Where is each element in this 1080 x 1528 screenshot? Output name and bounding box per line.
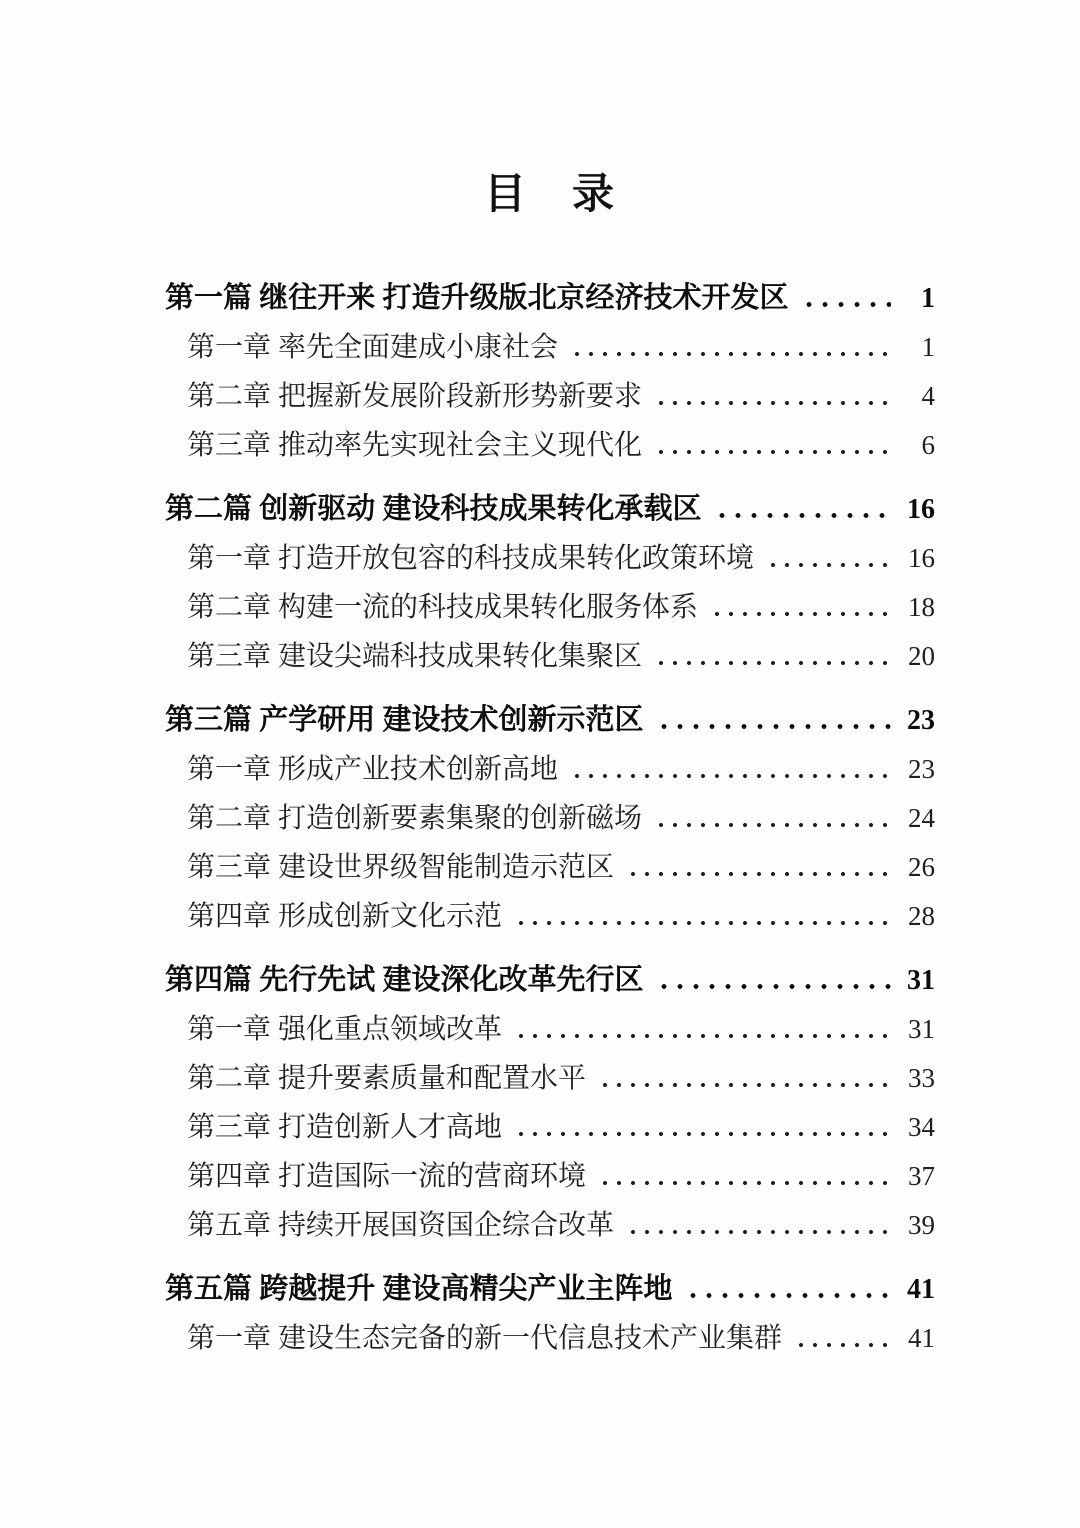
toc-entry-label: 第三章 建设尖端科技成果转化集聚区 [187, 632, 642, 681]
toc-section-entry: 第三篇 产学研用 建设技术创新示范区 23 [165, 696, 935, 745]
toc-entry-label: 第二篇 创新驱动 建设科技成果转化承载区 [165, 485, 702, 534]
toc-entry-label: 第三章 建设世界级智能制造示范区 [187, 843, 614, 892]
toc-entry-page: 41 [901, 1265, 935, 1314]
toc-entry-page: 1 [901, 274, 935, 323]
toc-entry-page: 31 [901, 956, 935, 1005]
toc-chapter-entry: 第三章 建设世界级智能制造示范区 26 [165, 843, 935, 892]
toc-entry-page: 23 [901, 696, 935, 745]
dot-leader [656, 724, 891, 729]
dot-leader [794, 1343, 891, 1347]
toc-chapter-entry: 第一章 形成产业技术创新高地 23 [165, 745, 935, 794]
dot-leader [654, 450, 891, 454]
toc-entry-label: 第三章 推动率先实现社会主义现代化 [187, 421, 642, 470]
toc-entry-page: 20 [901, 632, 935, 681]
toc-entry-page: 18 [901, 583, 935, 632]
toc-entry-label: 第四章 打造国际一流的营商环境 [187, 1152, 586, 1201]
toc-entry-page: 26 [901, 843, 935, 892]
toc-chapter-entry: 第三章 推动率先实现社会主义现代化 6 [165, 421, 935, 470]
toc-entry-page: 24 [901, 794, 935, 843]
dot-leader [685, 1293, 891, 1298]
toc-entry-page: 39 [901, 1201, 935, 1250]
toc-entry-label: 第一章 形成产业技术创新高地 [187, 745, 558, 794]
dot-leader [514, 1034, 891, 1038]
toc-entry-label: 第三章 打造创新人才高地 [187, 1103, 502, 1152]
dot-leader [514, 1132, 891, 1136]
toc-entry-label: 第二章 打造创新要素集聚的创新磁场 [187, 794, 642, 843]
toc-chapter-entry: 第一章 打造开放包容的科技成果转化政策环境 16 [165, 534, 935, 583]
dot-leader [514, 921, 891, 925]
toc-entry-page: 28 [901, 892, 935, 941]
toc-section-entry: 第四篇 先行先试 建设深化改革先行区 31 [165, 956, 935, 1005]
dot-leader [656, 984, 891, 989]
toc-section-entry: 第一篇 继往开来 打造升级版北京经济技术开发区 1 [165, 274, 935, 323]
dot-leader [710, 612, 891, 616]
dot-leader [654, 401, 891, 405]
toc-entry-label: 第四篇 先行先试 建设深化改革先行区 [165, 956, 644, 1005]
toc-entry-label: 第一篇 继往开来 打造升级版北京经济技术开发区 [165, 274, 789, 323]
toc-entry-page: 31 [901, 1005, 935, 1054]
dot-leader [766, 563, 891, 567]
toc-entry-label: 第一章 建设生态完备的新一代信息技术产业集群 [187, 1314, 782, 1363]
toc-chapter-entry: 第三章 打造创新人才高地 34 [165, 1103, 935, 1152]
dot-leader [626, 1230, 891, 1234]
toc-chapter-entry: 第一章 强化重点领域改革 31 [165, 1005, 935, 1054]
toc-entry-page: 41 [901, 1314, 935, 1363]
toc-chapter-entry: 第一章 建设生态完备的新一代信息技术产业集群 41 [165, 1314, 935, 1363]
toc-entry-page: 37 [901, 1152, 935, 1201]
dot-leader [626, 872, 891, 876]
toc-page: 目 录 第一篇 继往开来 打造升级版北京经济技术开发区 1 第一章 率先全面建成… [0, 0, 1080, 1528]
dot-leader [598, 1181, 891, 1185]
dot-leader [570, 352, 891, 356]
toc-entry-page: 33 [901, 1054, 935, 1103]
toc-chapter-entry: 第四章 形成创新文化示范 28 [165, 892, 935, 941]
dot-leader [714, 513, 891, 518]
toc-entry-page: 23 [901, 745, 935, 794]
dot-leader [654, 661, 891, 665]
toc-chapter-entry: 第二章 打造创新要素集聚的创新磁场 24 [165, 794, 935, 843]
toc-section-entry: 第二篇 创新驱动 建设科技成果转化承载区 16 [165, 485, 935, 534]
toc-entry-page: 4 [901, 372, 935, 421]
toc-entry-label: 第三篇 产学研用 建设技术创新示范区 [165, 696, 644, 745]
toc-entry-label: 第一章 打造开放包容的科技成果转化政策环境 [187, 534, 754, 583]
toc-chapter-entry: 第一章 率先全面建成小康社会 1 [165, 323, 935, 372]
toc-chapter-entry: 第二章 把握新发展阶段新形势新要求 4 [165, 372, 935, 421]
dot-leader [801, 302, 891, 307]
page-title: 目 录 [165, 172, 935, 218]
toc-entry-page: 6 [901, 421, 935, 470]
toc-entry-label: 第五章 持续开展国资国企综合改革 [187, 1201, 614, 1250]
toc-chapter-entry: 第四章 打造国际一流的营商环境 37 [165, 1152, 935, 1201]
toc-entry-label: 第五篇 跨越提升 建设高精尖产业主阵地 [165, 1265, 673, 1314]
toc-list: 第一篇 继往开来 打造升级版北京经济技术开发区 1 第一章 率先全面建成小康社会… [165, 274, 935, 1363]
toc-chapter-entry: 第五章 持续开展国资国企综合改革 39 [165, 1201, 935, 1250]
dot-leader [598, 1083, 891, 1087]
toc-entry-label: 第二章 构建一流的科技成果转化服务体系 [187, 583, 698, 632]
toc-entry-label: 第二章 提升要素质量和配置水平 [187, 1054, 586, 1103]
toc-entry-label: 第一章 率先全面建成小康社会 [187, 323, 558, 372]
dot-leader [654, 823, 891, 827]
toc-entry-label: 第一章 强化重点领域改革 [187, 1005, 502, 1054]
toc-entry-page: 16 [901, 534, 935, 583]
toc-chapter-entry: 第二章 提升要素质量和配置水平 33 [165, 1054, 935, 1103]
toc-section-entry: 第五篇 跨越提升 建设高精尖产业主阵地 41 [165, 1265, 935, 1314]
toc-entry-label: 第四章 形成创新文化示范 [187, 892, 502, 941]
toc-entry-page: 1 [901, 323, 935, 372]
toc-entry-label: 第二章 把握新发展阶段新形势新要求 [187, 372, 642, 421]
toc-entry-page: 34 [901, 1103, 935, 1152]
toc-chapter-entry: 第二章 构建一流的科技成果转化服务体系 18 [165, 583, 935, 632]
toc-entry-page: 16 [901, 485, 935, 534]
toc-chapter-entry: 第三章 建设尖端科技成果转化集聚区 20 [165, 632, 935, 681]
dot-leader [570, 774, 891, 778]
